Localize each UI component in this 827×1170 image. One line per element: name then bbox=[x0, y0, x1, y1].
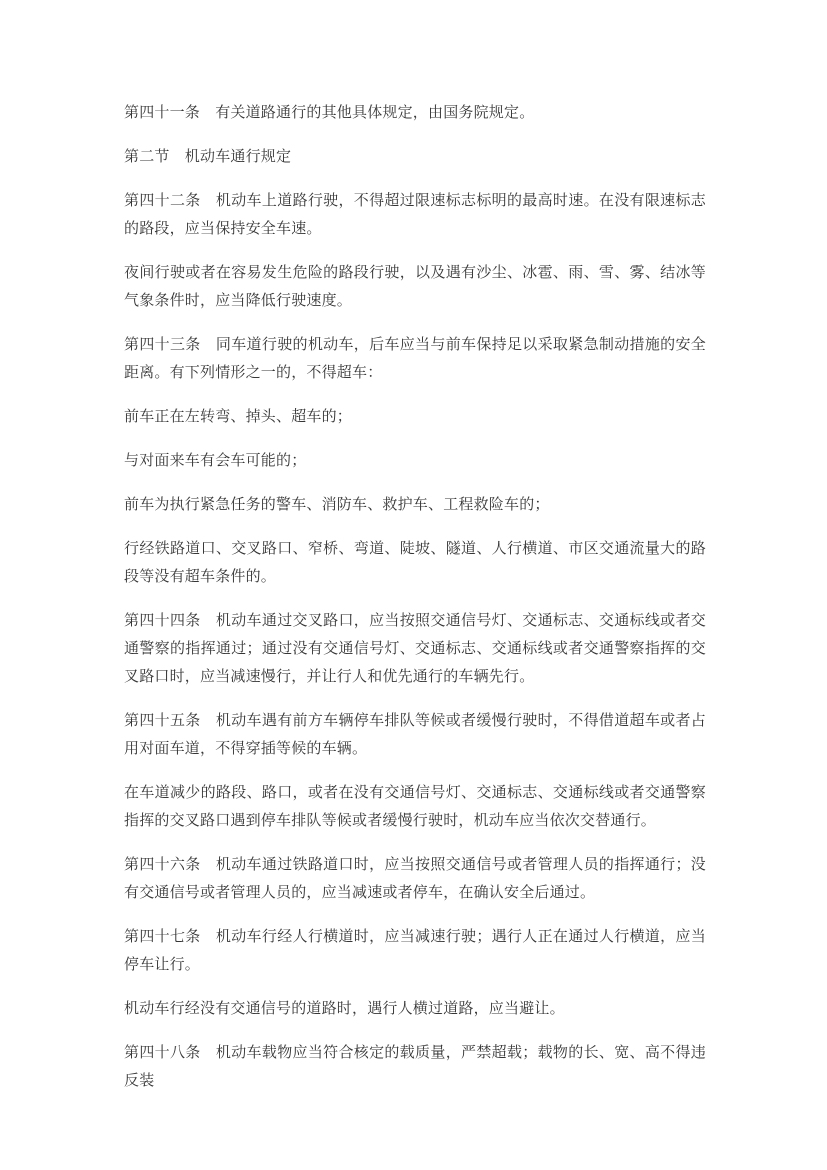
paragraph-article-45: 第四十五条 机动车遇有前方车辆停车排队等候或者缓慢行驶时，不得借道超车或者占用对… bbox=[124, 707, 706, 763]
document-page: 第四十一条 有关道路通行的其他具体规定，由国务院规定。 第二节 机动车通行规定 … bbox=[0, 0, 827, 1170]
paragraph-article-45-cont: 在车道减少的路段、路口，或者在没有交通信号灯、交通标志、交通标线或者交通警察指挥… bbox=[124, 779, 706, 835]
paragraph-article-41: 第四十一条 有关道路通行的其他具体规定，由国务院规定。 bbox=[124, 99, 706, 127]
paragraph-article-43-item-2: 与对面来车有会车可能的； bbox=[124, 447, 706, 475]
paragraph-article-47-cont: 机动车行经没有交通信号的道路时，遇行人横过道路，应当避让。 bbox=[124, 995, 706, 1023]
paragraph-article-43-item-3: 前车为执行紧急任务的警车、消防车、救护车、工程救险车的； bbox=[124, 491, 706, 519]
paragraph-article-47: 第四十七条 机动车行经人行横道时，应当减速行驶；遇行人正在通过人行横道，应当停车… bbox=[124, 923, 706, 979]
paragraph-article-44: 第四十四条 机动车通过交叉路口，应当按照交通信号灯、交通标志、交通标线或者交通警… bbox=[124, 607, 706, 691]
paragraph-article-43-item-1: 前车正在左转弯、掉头、超车的； bbox=[124, 403, 706, 431]
document-body: 第四十一条 有关道路通行的其他具体规定，由国务院规定。 第二节 机动车通行规定 … bbox=[0, 0, 827, 1095]
heading-section-2: 第二节 机动车通行规定 bbox=[124, 143, 706, 171]
paragraph-article-42: 第四十二条 机动车上道路行驶，不得超过限速标志标明的最高时速。在没有限速标志的路… bbox=[124, 187, 706, 243]
paragraph-article-43: 第四十三条 同车道行驶的机动车，后车应当与前车保持足以采取紧急制动措施的安全距离… bbox=[124, 331, 706, 387]
paragraph-article-43-item-4: 行经铁路道口、交叉路口、窄桥、弯道、陡坡、隧道、人行横道、市区交通流量大的路段等… bbox=[124, 535, 706, 591]
paragraph-article-46: 第四十六条 机动车通过铁路道口时，应当按照交通信号或者管理人员的指挥通行；没有交… bbox=[124, 851, 706, 907]
paragraph-article-48-partial: 第四十八条 机动车载物应当符合核定的载质量，严禁超载；载物的长、宽、高不得违反装 bbox=[124, 1039, 706, 1095]
paragraph-article-42-cont: 夜间行驶或者在容易发生危险的路段行驶，以及遇有沙尘、冰雹、雨、雪、雾、结冰等气象… bbox=[124, 259, 706, 315]
